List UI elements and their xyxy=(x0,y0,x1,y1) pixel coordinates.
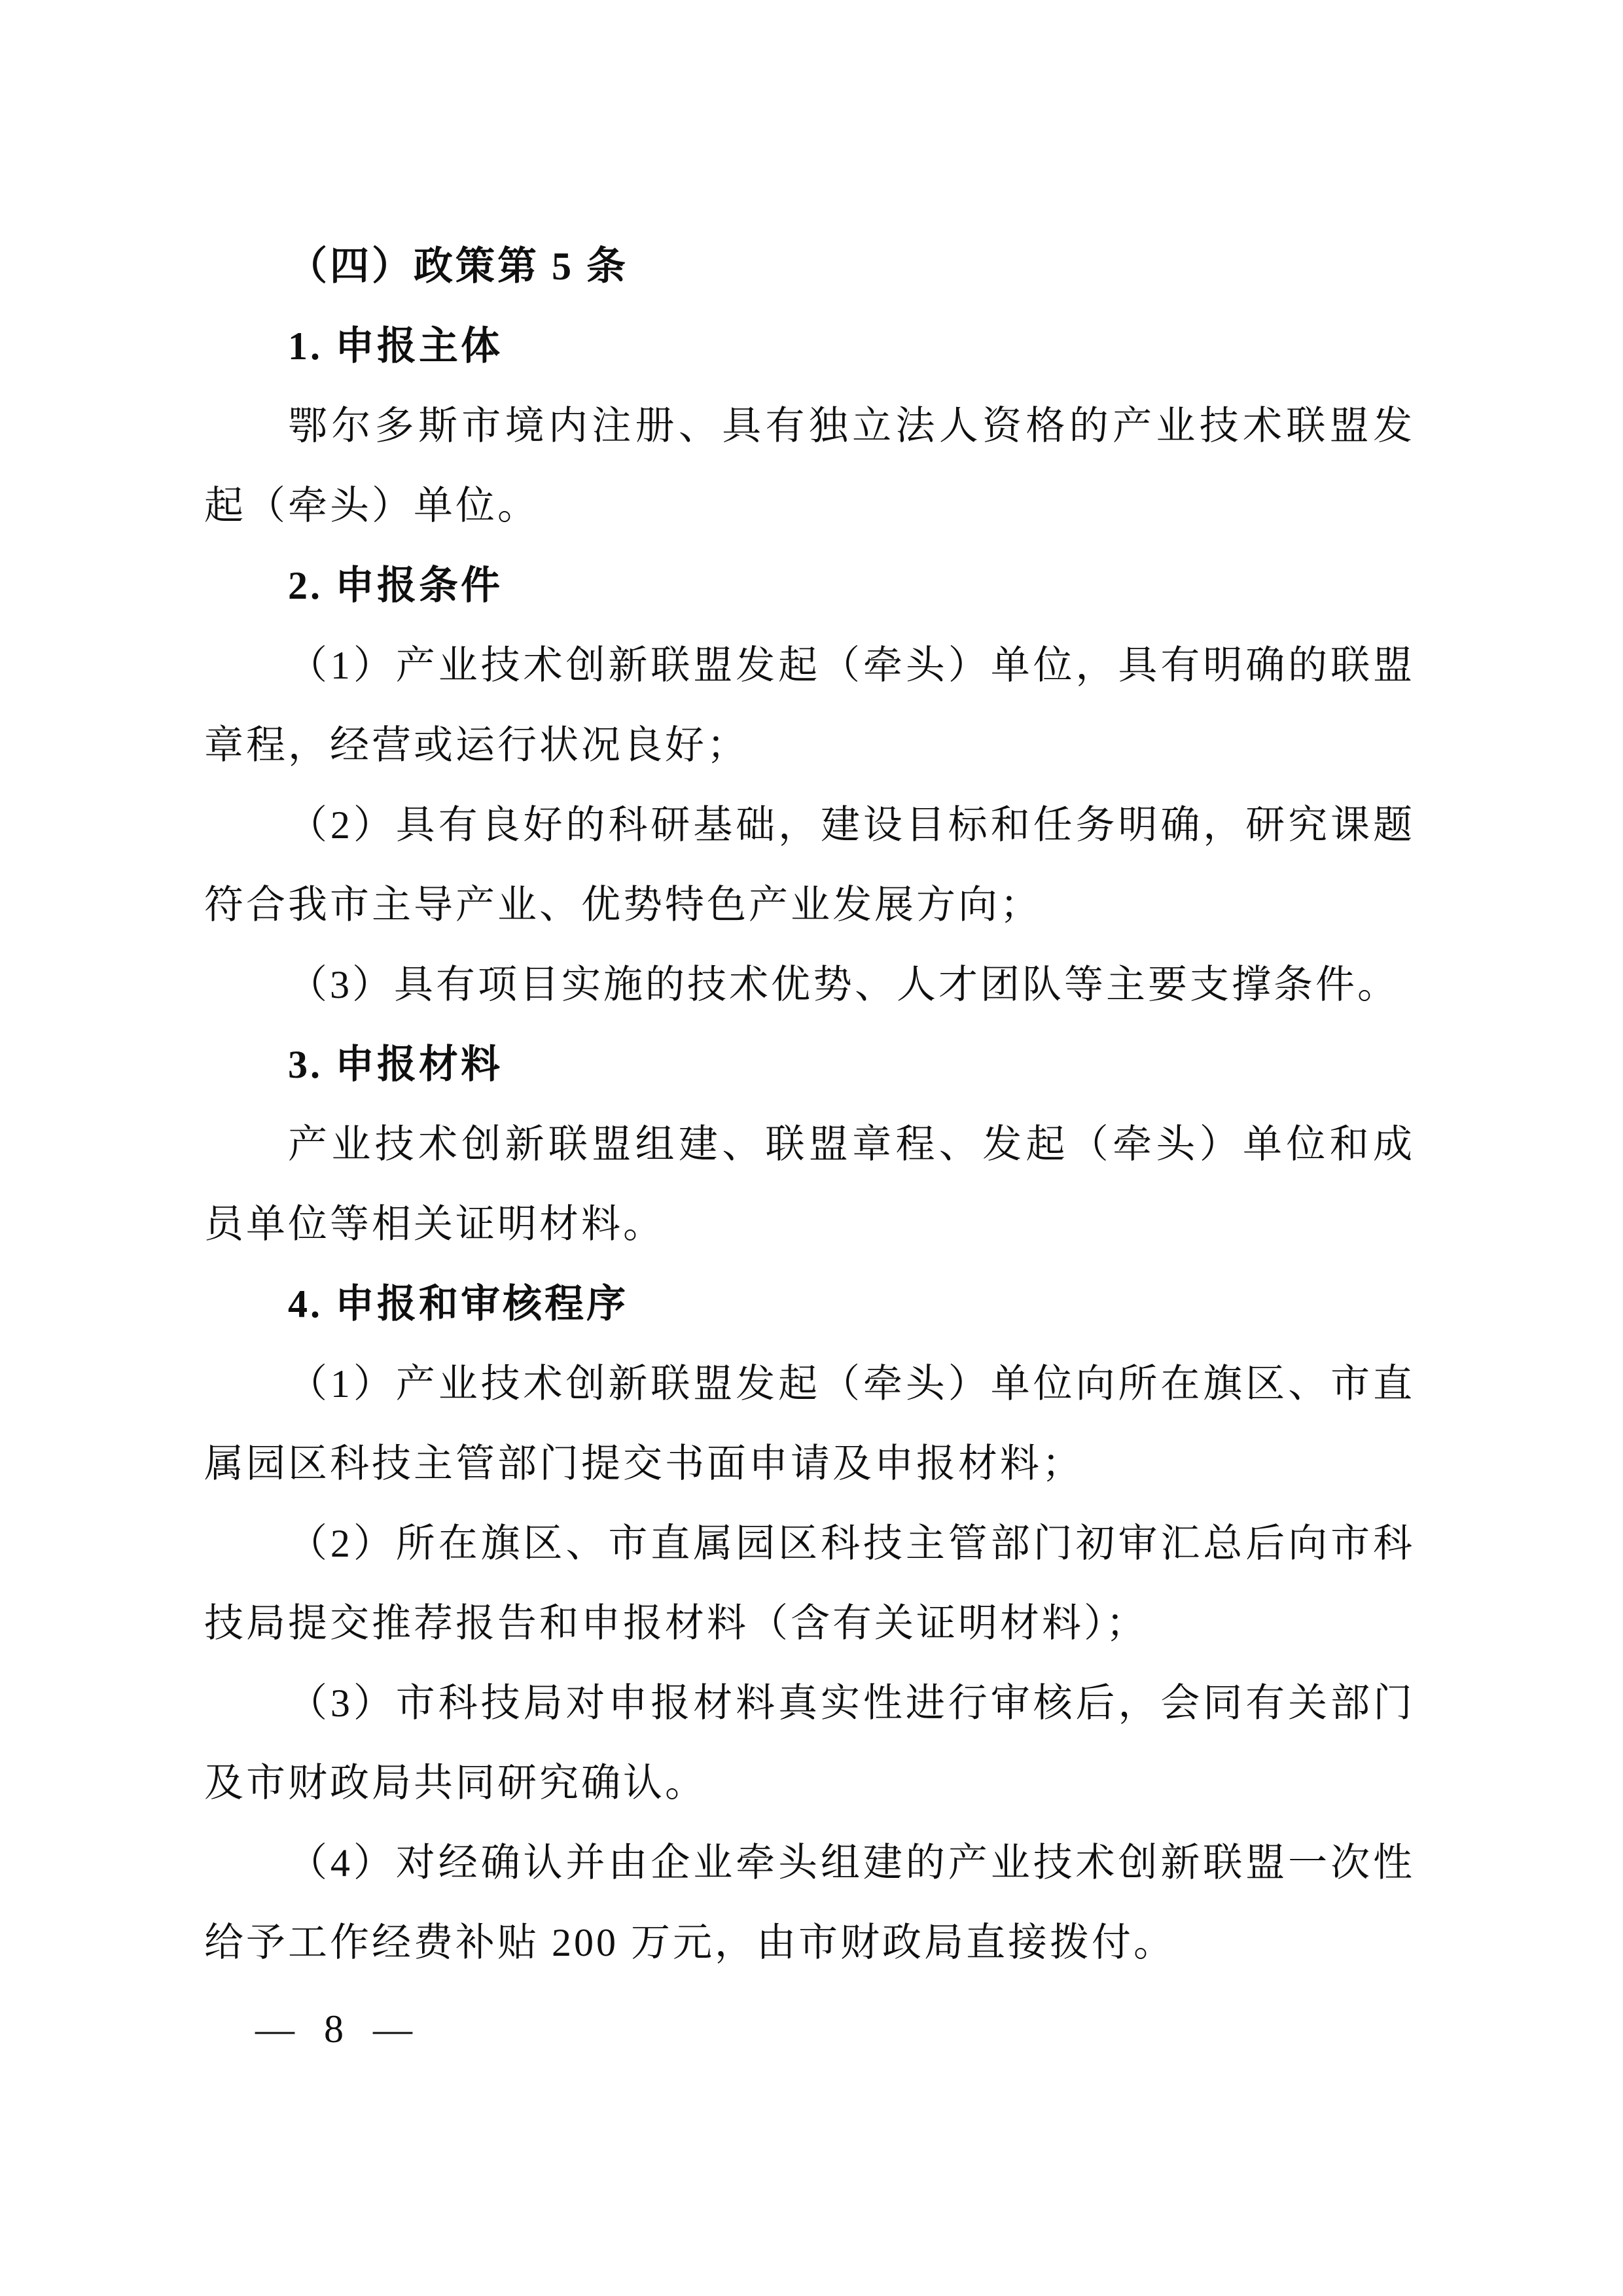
document-line: 技局提交推荐报告和申报材料（含有关证明材料）； xyxy=(204,1583,1415,1663)
document-line: 属园区科技主管部门提交书面申请及申报材料； xyxy=(204,1424,1415,1504)
document-line: 员单位等相关证明材料。 xyxy=(204,1184,1415,1264)
document-line: 起（牵头）单位。 xyxy=(204,466,1415,546)
document-line: 鄂尔多斯市境内注册、具有独立法人资格的产业技术联盟发 xyxy=(204,386,1415,466)
document-heading-line: （四）政策第 5 条 xyxy=(204,226,1415,306)
document-line: 产业技术创新联盟组建、联盟章程、发起（牵头）单位和成 xyxy=(204,1104,1415,1184)
document-line: （3）市科技局对申报材料真实性进行审核后，会同有关部门 xyxy=(204,1663,1415,1743)
page-number-text: — 8 — xyxy=(255,2007,414,2051)
document-line: （4）对经确认并由企业牵头组建的产业技术创新联盟一次性 xyxy=(204,1823,1415,1903)
document-heading-line: 4. 申报和审核程序 xyxy=(204,1264,1415,1344)
document-heading-line: 1. 申报主体 xyxy=(204,306,1415,386)
document-line: （1）产业技术创新联盟发起（牵头）单位，具有明确的联盟 xyxy=(204,626,1415,705)
document-body: （四）政策第 5 条1. 申报主体鄂尔多斯市境内注册、具有独立法人资格的产业技术… xyxy=(204,226,1415,1983)
document-heading-line: 3. 申报材料 xyxy=(204,1025,1415,1104)
page-number: — 8 — xyxy=(255,1989,414,2069)
document-heading-line: 2. 申报条件 xyxy=(204,546,1415,626)
document-line: （2）所在旗区、市直属园区科技主管部门初审汇总后向市科 xyxy=(204,1504,1415,1583)
document-line: 给予工作经费补贴 200 万元，由市财政局直接拨付。 xyxy=(204,1903,1415,1983)
document-line: （2）具有良好的科研基础，建设目标和任务明确，研究课题 xyxy=(204,785,1415,865)
document-page: （四）政策第 5 条1. 申报主体鄂尔多斯市境内注册、具有独立法人资格的产业技术… xyxy=(0,0,1623,2296)
document-line: （3）具有项目实施的技术优势、人才团队等主要支撑条件。 xyxy=(204,945,1415,1025)
document-line: （1）产业技术创新联盟发起（牵头）单位向所在旗区、市直 xyxy=(204,1344,1415,1424)
document-line: 及市财政局共同研究确认。 xyxy=(204,1743,1415,1823)
document-line: 章程，经营或运行状况良好； xyxy=(204,705,1415,785)
document-line: 符合我市主导产业、优势特色产业发展方向； xyxy=(204,865,1415,945)
